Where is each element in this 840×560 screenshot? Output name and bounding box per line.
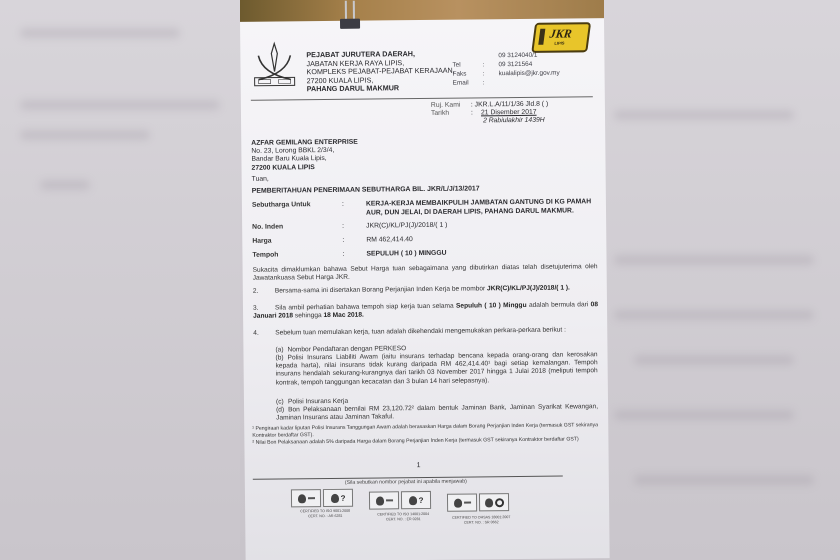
state-crest-icon: [250, 41, 299, 90]
tel-value: 09 3124040/1: [498, 51, 537, 60]
cert-group-1: ?: [291, 489, 353, 508]
cert-line: CERT. NO. : AR 6281: [285, 513, 365, 518]
field-value: KERJA-KERJA MEMBAIKPULIH JAMBATAN GANTUN…: [366, 198, 601, 218]
field-label: Harga: [252, 237, 342, 247]
separator: :: [342, 251, 366, 260]
reference-block: Ruj. Kami: JKR.L.A/11/1/36 Jld.8 ( ) Tar…: [431, 101, 549, 126]
reply-note: (Sila sebutkan nombor pejabat ini apabil…: [345, 479, 467, 486]
separator: :: [342, 201, 366, 218]
email-value: kualalipis@jkr.gov.my: [499, 69, 560, 79]
text: Sila ambil perhatian bahawa tempoh siap …: [275, 303, 456, 312]
paragraph-number: 2.: [253, 288, 275, 297]
fax-label: Faks: [453, 69, 483, 78]
list-text: Nombor Pendaftaran dengan PERKESO: [287, 345, 406, 353]
field-tempoh: Tempoh : SEPULUH ( 10 ) MINGGU: [252, 248, 601, 260]
paragraph-bold: JKR(C)/KL/PJ(J)/2018/( 1 ).: [487, 284, 570, 292]
list-letter: (d): [276, 406, 288, 414]
field-value: JKR(C)/KL/PJ(J)/2018/( 1 ): [366, 220, 601, 231]
separator: :: [342, 223, 366, 232]
hijri-date: 2 Rabiulakhir 1439H: [483, 117, 545, 126]
field-label: Sebutharga Untuk: [252, 201, 342, 219]
separator: :: [482, 60, 498, 69]
field-sebutharga: Sebutharga Untuk : KERJA-KERJA MEMBAIKPU…: [252, 198, 601, 219]
field-label: No. Inden: [252, 223, 342, 233]
field-label: Tempoh: [252, 251, 342, 261]
list-letter: (b): [275, 354, 287, 362]
paragraph-3: 3.Sila ambil perhatian bahawa tempoh sia…: [253, 301, 598, 321]
cert-badge-icon: [479, 493, 509, 511]
blurred-background-left: [0, 0, 240, 560]
cert-badge-icon: ?: [323, 489, 353, 507]
separator: :: [483, 78, 499, 87]
paragraph-number: 4.: [253, 330, 275, 339]
separator: :: [471, 109, 481, 117]
letter-document: PEJABAT JURUTERA DAERAH, JABATAN KERJA R…: [240, 18, 610, 560]
recipient-address: AZFAR GEMILANG ENTERPRISE No. 23, Lorong…: [251, 139, 358, 173]
duration: Sepuluh ( 10 ) Minggu: [456, 302, 527, 310]
cert-group-2: ?: [369, 491, 431, 510]
list-text: Polisi Insurans Kerja: [288, 398, 348, 406]
field-no-inden: No. Inden : JKR(C)/KL/PJ(J)/2018/( 1 ): [252, 220, 601, 232]
email-label: Email: [453, 78, 483, 87]
cert-line: CERT. NO. : SR 0662: [441, 520, 521, 525]
subject-line: PEMBERITAHUAN PENERIMAAN SEBUTHARGA BIL.…: [252, 185, 480, 194]
jkr-logo-icon: JKR LIPIS: [531, 22, 591, 53]
contact-block: 09 3124040/1 Tel:09 3121564 Faks:kualali…: [452, 59, 559, 88]
field-harga: Harga : RM 462,414.40: [252, 234, 601, 246]
paragraph-text: Sebelum tuan memulakan kerja, tuan adala…: [275, 327, 566, 337]
cert-badge-icon: [291, 489, 321, 507]
binder-clip-icon: [340, 7, 360, 31]
blurred-background-right: [604, 0, 840, 560]
cert-line: CERT. NO. : ER 0281: [363, 516, 443, 521]
page-number: 1: [417, 462, 421, 469]
list-item-b: (b)Polisi Insurans Liabiliti Awam (iaitu…: [275, 351, 597, 387]
paragraph-4: 4.Sebelum tuan memulakan kerja, tuan ada…: [253, 326, 598, 338]
salutation: Tuan,: [252, 176, 269, 183]
cert-label-3: CERTIFIED TO OHSAS 18001:2007 CERT. NO. …: [441, 515, 521, 525]
cert-badge-icon: ?: [401, 491, 431, 509]
logo-subtext: LIPIS: [554, 41, 565, 46]
address-postcode: 27200 KUALA LIPIS: [252, 163, 359, 172]
end-date: 18 Mac 2018.: [323, 312, 363, 319]
field-value: SEPULUH ( 10 ) MINGGU: [366, 248, 601, 259]
paragraph-text: Bersama-sama ini disertakan Borang Perja…: [275, 285, 487, 294]
cert-group-3: [447, 493, 509, 512]
separator: :: [342, 237, 366, 246]
text: adalah bermula dari: [527, 301, 591, 309]
paragraph-number: 3.: [253, 305, 275, 314]
office-line: PAHANG DARUL MAKMUR: [307, 84, 455, 94]
cert-badge-icon: [369, 491, 399, 509]
paragraph-1: Sukacita dimaklumkan bahawa Sebut Harga …: [253, 263, 598, 283]
cert-badge-icon: [447, 493, 477, 511]
fax-value: 09 3121564: [498, 60, 532, 69]
tel-label: Tel: [452, 60, 482, 69]
cert-label-1: CERTIFIED TO ISO 9001:2008 CERT. NO. : A…: [285, 509, 365, 519]
separator: :: [483, 69, 499, 78]
list-text: Bon Pelaksanaan bernilai RM 23,120.72² d…: [276, 403, 598, 422]
text: sehingga: [293, 312, 324, 319]
paragraph-2: 2.Bersama-sama ini disertakan Borang Per…: [253, 284, 598, 296]
office-address: PEJABAT JURUTERA DAERAH, JABATAN KERJA R…: [306, 50, 455, 95]
cert-label-2: CERTIFIED TO ISO 14001:2004 CERT. NO. : …: [363, 512, 443, 522]
logo-text: JKR: [549, 26, 573, 41]
list-item-d: (d)Bon Pelaksanaan bernilai RM 23,120.72…: [276, 403, 598, 423]
list-text: Polisi Insurans Liabiliti Awam (iaitu in…: [276, 351, 598, 386]
field-value: RM 462,414.40: [366, 234, 601, 245]
